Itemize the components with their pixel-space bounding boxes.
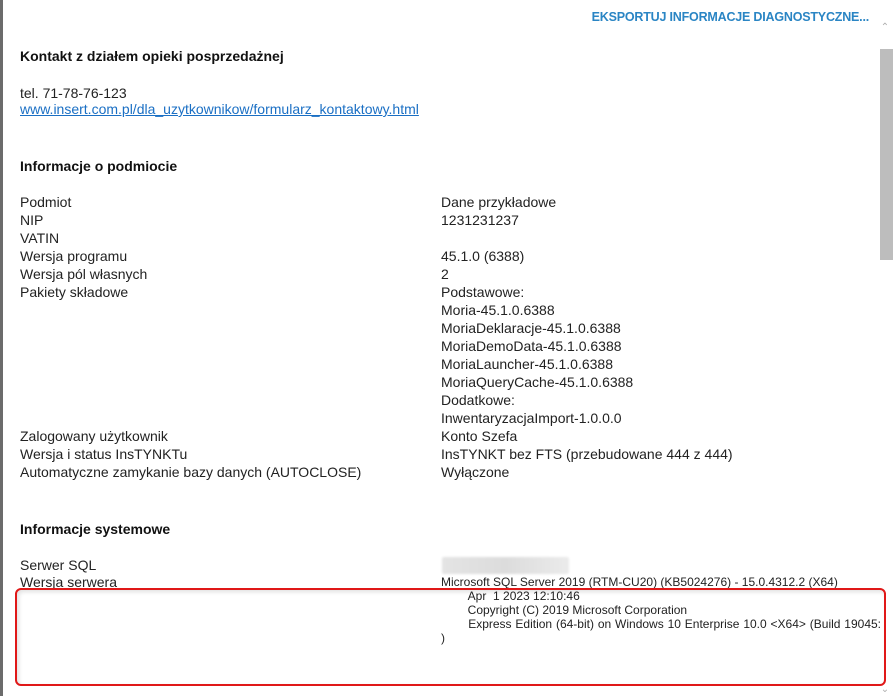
highlight-annotation bbox=[15, 588, 886, 686]
row-value: Konto Szefa bbox=[441, 427, 517, 445]
row-value: Dane przykładowe bbox=[441, 193, 556, 211]
package-name: MoriaDeklaracje-45.1.0.6388 bbox=[441, 319, 621, 337]
row-label: Serwer SQL bbox=[20, 556, 96, 574]
row-value: 45.1.0 (6388) bbox=[441, 247, 524, 265]
row-value: Wyłączone bbox=[441, 463, 509, 481]
row-label: NIP bbox=[20, 211, 43, 229]
info-row-custom-fields-version: Wersja pól własnych 2 bbox=[20, 265, 860, 283]
row-label: Automatyczne zamykanie bazy danych (AUTO… bbox=[20, 463, 361, 481]
info-row-instynkt-status: Wersja i status InsTYNKTu InsTYNKT bez F… bbox=[20, 445, 860, 463]
package-name: MoriaDemoData-45.1.0.6388 bbox=[441, 337, 622, 355]
package-line: Dodatkowe: bbox=[20, 391, 860, 409]
info-row-program-version: Wersja programu 45.1.0 (6388) bbox=[20, 247, 860, 265]
row-value: 2 bbox=[441, 265, 449, 283]
package-line: MoriaDeklaracje-45.1.0.6388 bbox=[20, 319, 860, 337]
package-name: InwentaryzacjaImport-1.0.0.0 bbox=[441, 409, 622, 427]
package-line: MoriaLauncher-45.1.0.6388 bbox=[20, 355, 860, 373]
redacted-sql-server-value bbox=[442, 557, 569, 574]
row-value: InsTYNKT bez FTS (przebudowane 444 z 444… bbox=[441, 445, 733, 463]
contact-heading: Kontakt z działem opieki posprzedażnej bbox=[20, 47, 284, 65]
row-label: VATIN bbox=[20, 229, 59, 247]
contact-form-link[interactable]: www.insert.com.pl/dla_uzytkownikow/formu… bbox=[20, 100, 419, 118]
row-label: Pakiety składowe bbox=[20, 283, 128, 301]
package-line: MoriaDemoData-45.1.0.6388 bbox=[20, 337, 860, 355]
row-value: 1231231237 bbox=[441, 211, 519, 229]
package-name: Moria-45.1.0.6388 bbox=[441, 301, 555, 319]
scroll-thumb[interactable] bbox=[880, 49, 893, 260]
info-row-logged-user: Zalogowany użytkownik Konto Szefa bbox=[20, 427, 860, 445]
package-line: MoriaQueryCache-45.1.0.6388 bbox=[20, 373, 860, 391]
info-row-packages: Pakiety składowe Podstawowe: bbox=[20, 283, 860, 301]
info-row-autoclose: Automatyczne zamykanie bazy danych (AUTO… bbox=[20, 463, 860, 481]
row-label: Podmiot bbox=[20, 193, 71, 211]
scroll-up-icon[interactable]: ⌃ bbox=[879, 22, 891, 34]
info-row-podmiot: Podmiot Dane przykładowe bbox=[20, 193, 860, 211]
row-value: Podstawowe: bbox=[441, 283, 524, 301]
package-name: MoriaLauncher-45.1.0.6388 bbox=[441, 355, 613, 373]
system-heading: Informacje systemowe bbox=[20, 520, 170, 538]
export-diagnostics-button[interactable]: EKSPORTUJ INFORMACJE DIAGNOSTYCZNE... bbox=[592, 10, 869, 24]
window-left-border bbox=[0, 0, 3, 696]
entity-heading: Informacje o podmiocie bbox=[20, 157, 177, 175]
info-row-nip: NIP 1231231237 bbox=[20, 211, 860, 229]
scroll-down-icon[interactable]: ⌄ bbox=[879, 684, 891, 696]
row-label: Wersja pól własnych bbox=[20, 265, 147, 283]
row-label: Wersja programu bbox=[20, 247, 127, 265]
package-line: InwentaryzacjaImport-1.0.0.0 bbox=[20, 409, 860, 427]
package-line: Moria-45.1.0.6388 bbox=[20, 301, 860, 319]
row-label: Zalogowany użytkownik bbox=[20, 427, 168, 445]
vertical-scrollbar[interactable]: ⌃ ⌄ bbox=[879, 20, 893, 696]
info-row-sql-server: Serwer SQL bbox=[20, 556, 860, 574]
package-name: MoriaQueryCache-45.1.0.6388 bbox=[441, 373, 633, 391]
info-row-vatin: VATIN bbox=[20, 229, 860, 247]
row-label: Wersja i status InsTYNKTu bbox=[20, 445, 187, 463]
package-group-label: Dodatkowe: bbox=[441, 391, 515, 409]
